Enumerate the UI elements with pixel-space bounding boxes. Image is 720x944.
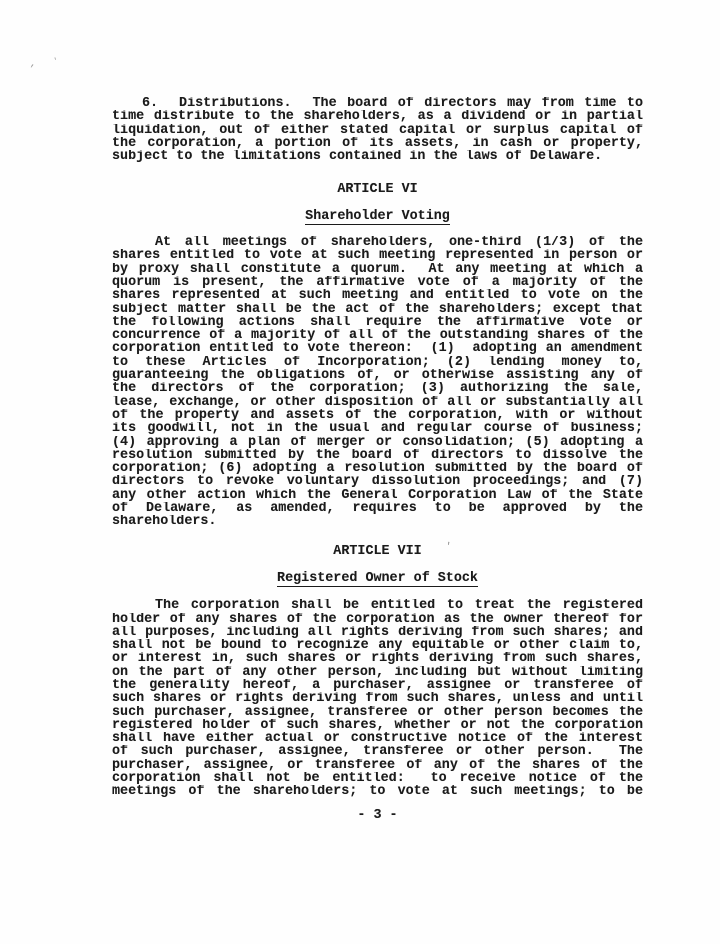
text-run: by proxy shall constitute a quorum. At a… [112,263,643,276]
paragraph-line: shall not be bound to recognize any equi… [112,639,643,652]
text-run: on the part of any other person, includi… [112,666,643,679]
text-run: time distribute to the shareholders, as … [112,110,643,123]
paragraph-line: shares represented at such meeting and e… [112,289,643,302]
text-run: purchaser, assignee, or transferee of an… [112,759,643,772]
text-run: The corporation shall be entitled to tre… [155,599,643,612]
paragraph-line: corporation entitled to vote thereon: (1… [112,342,643,355]
paragraph-line: or interest in, such shares or rights de… [112,652,643,665]
text-run: of Delaware, as amended, requires to be … [112,502,643,515]
text-column: 6. Distributions. The board of directors… [112,97,643,822]
paragraph-line: concurrence of a majority of all of the … [112,329,643,342]
text-run: its goodwill, not in the usual and regul… [112,422,643,435]
paragraph-line: all purposes, including all rights deriv… [112,626,643,639]
text-run: lease, exchange, or other disposition of… [112,396,643,409]
paragraph-line: such shares or rights deriving from such… [112,692,643,705]
paragraph-line: At all meetings of shareholders, one-thi… [112,236,643,249]
heading-text: Shareholder Voting [305,209,450,226]
heading-article-vii: ARTICLE VII [112,545,643,558]
paragraph-line: its goodwill, not in the usual and regul… [112,422,643,435]
paragraph-line: any other action which the General Corpo… [112,489,643,502]
document-page: , ' ' 6. Distributions. The board of dir… [0,0,720,944]
underlined-text: Distributions [179,97,283,110]
text-run: 6. [142,97,179,110]
text-run: the directors of the corporation; (3) au… [112,382,643,395]
paragraph-line: quorum is present, the affirmative vote … [112,276,643,289]
paragraph-line: time distribute to the shareholders, as … [112,110,643,123]
text-run: shareholders. [112,515,216,528]
paragraph-line: corporation shall not be entitled: to re… [112,772,643,785]
paragraph-line: of such purchaser, assignee, transferee … [112,745,643,758]
paragraph-line: the directors of the corporation; (3) au… [112,382,643,395]
paragraph-registered-owner: The corporation shall be entitled to tre… [112,599,643,798]
text-run: shares represented at such meeting and e… [112,289,643,302]
text-run: such purchaser, assignee, transferee or … [112,706,643,719]
paragraph-line: resolution submitted by the board of dir… [112,449,643,462]
paragraph-line: shareholders. [112,515,643,528]
heading-article-vi: ARTICLE VI [112,183,643,196]
paragraph-line: on the part of any other person, includi… [112,666,643,679]
paragraph-line: the following actions shall require the … [112,316,643,329]
text-run: . The board of directors may from time t… [284,97,644,110]
heading-registered-owner: Registered Owner of Stock [112,572,643,585]
paragraph-distributions: 6. Distributions. The board of directors… [112,97,643,163]
text-run: of the property and assets of the corpor… [112,409,643,422]
paragraph-line: lease, exchange, or other disposition of… [112,396,643,409]
text-run: any other action which the General Corpo… [112,489,643,502]
paragraph-line: the generality hereof, a purchaser, assi… [112,679,643,692]
text-run: shares entitled to vote at such meeting … [112,249,643,262]
text-run: quorum is present, the affirmative vote … [112,276,643,289]
text-run: (4) approving a plan of merger or consol… [112,436,643,449]
text-run: corporation; (6) adopting a resolution s… [112,462,643,475]
paragraph-line: corporation; (6) adopting a resolution s… [112,462,643,475]
text-run: concurrence of a majority of all of the … [112,329,643,342]
paragraph-line: registered holder of such shares, whethe… [112,719,643,732]
text-run: registered holder of such shares, whethe… [112,719,643,732]
text-run: the generality hereof, a purchaser, assi… [112,679,643,692]
text-run: resolution submitted by the board of dir… [112,449,643,462]
text-run: directors to revoke voluntary dissolutio… [112,475,643,488]
text-run: shall have either actual or constructive… [112,732,643,745]
text-run: holder of any shares of the corporation … [112,613,643,626]
paragraph-line: shall have either actual or constructive… [112,732,643,745]
heading-shareholder-voting: Shareholder Voting [112,210,643,223]
page-number: - 3 - [112,809,643,822]
paragraph-line: directors to revoke voluntary dissolutio… [112,475,643,488]
paragraph-line: 6. Distributions. The board of directors… [112,97,643,110]
paragraph-line: such purchaser, assignee, transferee or … [112,706,643,719]
paragraph-line: meetings of the shareholders; to vote at… [112,785,643,798]
text-run: meetings of the shareholders; to vote at… [112,785,643,798]
text-run: the following actions shall require the … [112,316,643,329]
text-run: corporation entitled to vote thereon: (1… [112,342,643,355]
text-run: shall not be bound to recognize any equi… [112,639,643,652]
scan-speck: , [29,59,37,70]
text-run: subject to the limitations contained in … [112,150,602,163]
heading-text: ARTICLE VI [337,182,417,197]
text-run: the corporation, a portion of its assets… [112,137,643,150]
heading-text: Registered Owner of Stock [277,571,478,588]
paragraph-line: subject to the limitations contained in … [112,150,643,163]
paragraph-line: subject matter shall be the act of the s… [112,303,643,316]
paragraph-line: the corporation, a portion of its assets… [112,137,643,150]
text-run: all purposes, including all rights deriv… [112,626,643,639]
paragraph-line: The corporation shall be entitled to tre… [112,599,643,612]
paragraph-line: (4) approving a plan of merger or consol… [112,436,643,449]
paragraph-line: by proxy shall constitute a quorum. At a… [112,263,643,276]
paragraph-line: shares entitled to vote at such meeting … [112,249,643,262]
paragraph-line: purchaser, assignee, or transferee of an… [112,759,643,772]
paragraph-line: of Delaware, as amended, requires to be … [112,502,643,515]
paragraph-line: holder of any shares of the corporation … [112,613,643,626]
paragraph-line: to these Articles of Incorporation; (2) … [112,356,643,369]
paragraph-line: of the property and assets of the corpor… [112,409,643,422]
paragraph-shareholder-voting: At all meetings of shareholders, one-thi… [112,236,643,529]
heading-text: ARTICLE VII [333,544,421,559]
text-run: At all meetings of shareholders, one-thi… [155,236,643,249]
text-run: subject matter shall be the act of the s… [112,303,643,316]
text-run: corporation shall not be entitled: to re… [112,772,643,785]
text-run: of such purchaser, assignee, transferee … [112,745,643,758]
text-run: guaranteeing the obligations of, or othe… [112,369,643,382]
paragraph-line: liquidation, out of either stated capita… [112,124,643,137]
text-run: or interest in, such shares or rights de… [112,652,643,665]
text-run: such shares or rights deriving from such… [112,692,643,705]
text-run: to these Articles of Incorporation; (2) … [112,356,643,369]
text-run: liquidation, out of either stated capita… [112,124,643,137]
paragraph-line: guaranteeing the obligations of, or othe… [112,369,643,382]
scan-speck: ' [53,57,61,68]
